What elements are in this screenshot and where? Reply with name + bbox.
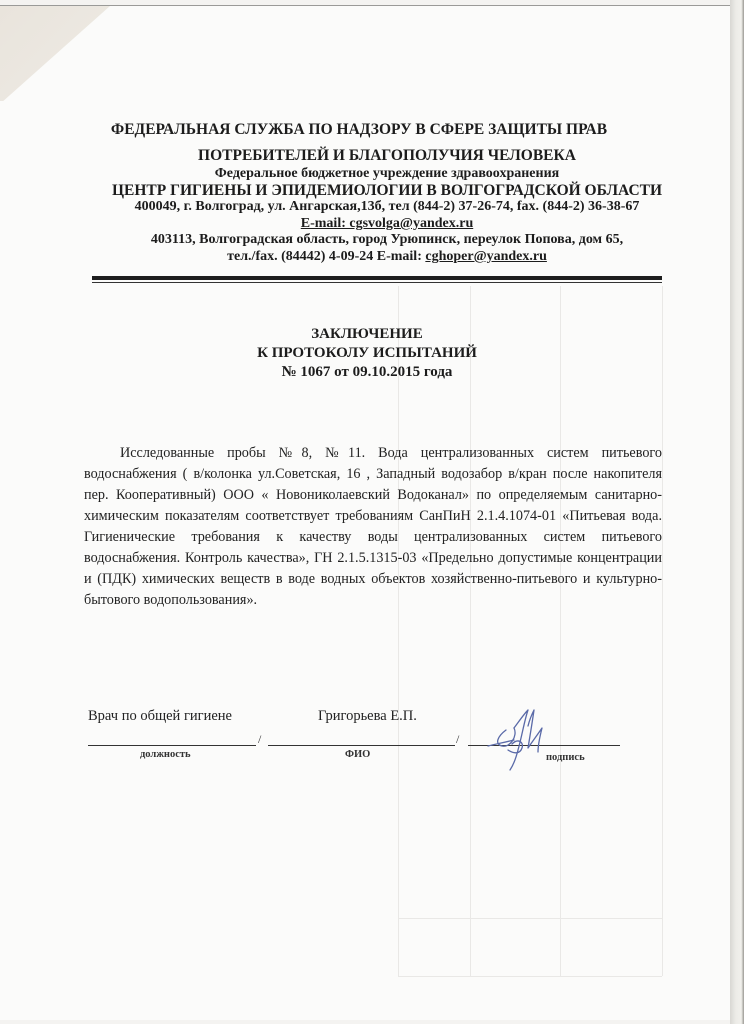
header-divider-thin bbox=[92, 282, 662, 283]
position-line bbox=[88, 745, 256, 746]
name-line bbox=[268, 745, 455, 746]
header-email-volgograd[interactable]: E-mail: cgsvolga@yandex.ru bbox=[22, 216, 730, 232]
separator-slash: / bbox=[456, 732, 459, 747]
folded-corner bbox=[0, 6, 110, 101]
signer-position: Врач по общей гигиене bbox=[88, 708, 232, 725]
header-agency-line1: ФЕДЕРАЛЬНАЯ СЛУЖБА ПО НАДЗОРУ В СФЕРЕ ЗА… bbox=[0, 121, 724, 139]
bleed-through-line bbox=[470, 286, 471, 976]
bleed-through-line bbox=[398, 286, 399, 976]
handwritten-signature-icon bbox=[484, 706, 564, 778]
document-subtitle: К ПРОТОКОЛУ ИСПЫТАНИЙ bbox=[0, 345, 730, 362]
header-address-uryupinsk: 403113, Волгоградская область, город Урю… bbox=[22, 232, 730, 248]
caption-position: должность bbox=[140, 749, 191, 760]
header-email-uryupinsk[interactable]: cghoper@yandex.ru bbox=[425, 249, 547, 264]
bleed-through-line bbox=[560, 286, 561, 976]
bleed-through-line bbox=[662, 286, 663, 976]
document-title: ЗАКЛЮЧЕНИЕ bbox=[0, 326, 730, 343]
signer-name: Григорьева Е.П. bbox=[318, 708, 417, 725]
protocol-number-date: № 1067 от 09.10.2015 года bbox=[0, 364, 730, 381]
header-phone-uryupinsk: тел./fax. (84442) 4-09-24 E-mail: bbox=[227, 249, 425, 264]
caption-name: ФИО bbox=[345, 749, 370, 760]
document-page: ФЕДЕРАЛЬНАЯ СЛУЖБА ПО НАДЗОРУ В СФЕРЕ ЗА… bbox=[0, 5, 730, 1020]
header-address-volgograd: 400049, г. Волгоград, ул. Ангарская,13б,… bbox=[22, 199, 730, 215]
header-agency-line2: ПОТРЕБИТЕЛЕЙ И БЛАГОПОЛУЧИЯ ЧЕЛОВЕКА bbox=[22, 147, 730, 165]
header-center-name: ЦЕНТР ГИГИЕНЫ И ЭПИДЕМИОЛОГИИ В ВОЛГОГРА… bbox=[22, 182, 730, 200]
scan-edge-strip bbox=[730, 0, 744, 1024]
header-divider-thick bbox=[92, 276, 662, 280]
bleed-through-line bbox=[398, 918, 662, 919]
header-contacts-uryupinsk: тел./fax. (84442) 4-09-24 E-mail: cghope… bbox=[22, 249, 730, 265]
conclusion-paragraph: Исследованные пробы №8, №11. Вода центра… bbox=[84, 443, 662, 611]
header-institution-type: Федеральное бюджетное учреждение здравоо… bbox=[22, 166, 730, 182]
bleed-through-line bbox=[398, 976, 662, 977]
separator-slash: / bbox=[258, 732, 261, 747]
